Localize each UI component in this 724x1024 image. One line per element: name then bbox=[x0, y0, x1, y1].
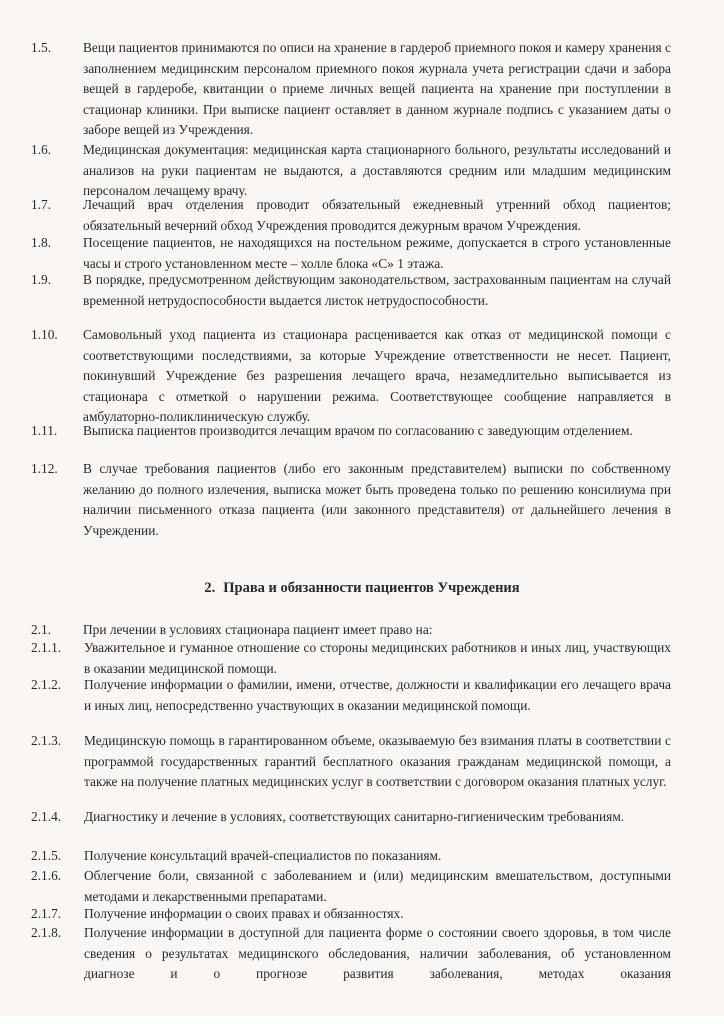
clause-number: 2.1.4. bbox=[31, 807, 61, 828]
clause-2-1-4: 2.1.4. Диагностику и лечение в условиях,… bbox=[31, 807, 671, 828]
clause-text: Лечащий врач отделения проводит обязател… bbox=[83, 195, 671, 236]
clause-number: 2.1.7. bbox=[31, 904, 61, 925]
clause-number: 1.5. bbox=[31, 38, 51, 59]
clause-number: 1.10. bbox=[31, 325, 58, 346]
clause-number: 2.1.5. bbox=[31, 846, 61, 867]
clause-text: Получение информации в доступной для пац… bbox=[84, 923, 671, 985]
clause-text: Получение информации о фамилии, имени, о… bbox=[84, 675, 671, 716]
clause-2-1-8: 2.1.8. Получение информации в доступной … bbox=[31, 923, 671, 985]
clause-1-9: 1.9. В порядке, предусмотренном действую… bbox=[31, 270, 671, 311]
page-bottom-edge bbox=[0, 1016, 724, 1024]
clause-2-1-2: 2.1.2. Получение информации о фамилии, и… bbox=[31, 675, 671, 716]
clause-text: Получение консультаций врачей-специалист… bbox=[84, 846, 671, 867]
clause-text: Вещи пациентов принимаются по описи на х… bbox=[83, 38, 671, 141]
clause-text: В порядке, предусмотренном действующим з… bbox=[83, 270, 671, 311]
clause-number: 2.1.2. bbox=[31, 675, 61, 696]
clause-number: 1.12. bbox=[31, 459, 58, 480]
section-number: 2. bbox=[204, 580, 215, 596]
clause-2-1-6: 2.1.6. Облегчение боли, связанной с забо… bbox=[31, 866, 671, 907]
document-page: 1.5. Вещи пациентов принимаются по описи… bbox=[0, 0, 724, 1016]
clause-text: Самовольный уход пациента из стационара … bbox=[83, 325, 671, 428]
clause-2-1-5: 2.1.5. Получение консультаций врачей-спе… bbox=[31, 846, 671, 867]
clause-1-11: 1.11. Выписка пациентов производится леч… bbox=[31, 421, 671, 442]
clause-1-6: 1.6. Медицинская документация: медицинск… bbox=[31, 140, 671, 202]
clause-number: 2.1.1. bbox=[31, 638, 61, 659]
section-title: Права и обязанности пациентов Учреждения bbox=[223, 580, 519, 596]
section-heading: 2.Права и обязанности пациентов Учрежден… bbox=[0, 578, 724, 598]
clause-text: Облегчение боли, связанной с заболевание… bbox=[84, 866, 671, 907]
clause-2-1-1: 2.1.1. Уважительное и гуманное отношение… bbox=[31, 638, 671, 679]
clause-text: Получение информации о своих правах и об… bbox=[84, 904, 671, 925]
clause-1-10: 1.10. Самовольный уход пациента из стаци… bbox=[31, 325, 671, 428]
clause-number: 1.11. bbox=[31, 421, 57, 442]
clause-2-1-7: 2.1.7. Получение информации о своих прав… bbox=[31, 904, 671, 925]
clause-text: Выписка пациентов производится лечащим в… bbox=[83, 421, 671, 442]
clause-number: 2.1.8. bbox=[31, 923, 61, 944]
clause-2-1-3: 2.1.3. Медицинскую помощь в гарантирован… bbox=[31, 731, 671, 793]
clause-number: 1.6. bbox=[31, 140, 51, 161]
clause-text: Уважительное и гуманное отношение со сто… bbox=[84, 638, 671, 679]
clause-1-8: 1.8. Посещение пациентов, не находящихся… bbox=[31, 233, 671, 274]
clause-number: 1.7. bbox=[31, 195, 51, 216]
clause-1-12: 1.12. В случае требования пациентов (либ… bbox=[31, 459, 671, 541]
clause-1-7: 1.7. Лечащий врач отделения проводит обя… bbox=[31, 195, 671, 236]
clause-text: Диагностику и лечение в условиях, соотве… bbox=[84, 807, 671, 828]
clause-number: 2.1.3. bbox=[31, 731, 61, 752]
clause-number: 1.9. bbox=[31, 270, 51, 291]
clause-text: Посещение пациентов, не находящихся на п… bbox=[83, 233, 671, 274]
clause-number: 1.8. bbox=[31, 233, 51, 254]
clause-number: 2.1.6. bbox=[31, 866, 61, 887]
clause-text: Медицинская документация: медицинская ка… bbox=[83, 140, 671, 202]
clause-text: В случае требования пациентов (либо его … bbox=[83, 459, 671, 541]
clause-1-5: 1.5. Вещи пациентов принимаются по описи… bbox=[31, 38, 671, 141]
clause-text: Медицинскую помощь в гарантированном объ… bbox=[84, 731, 671, 793]
